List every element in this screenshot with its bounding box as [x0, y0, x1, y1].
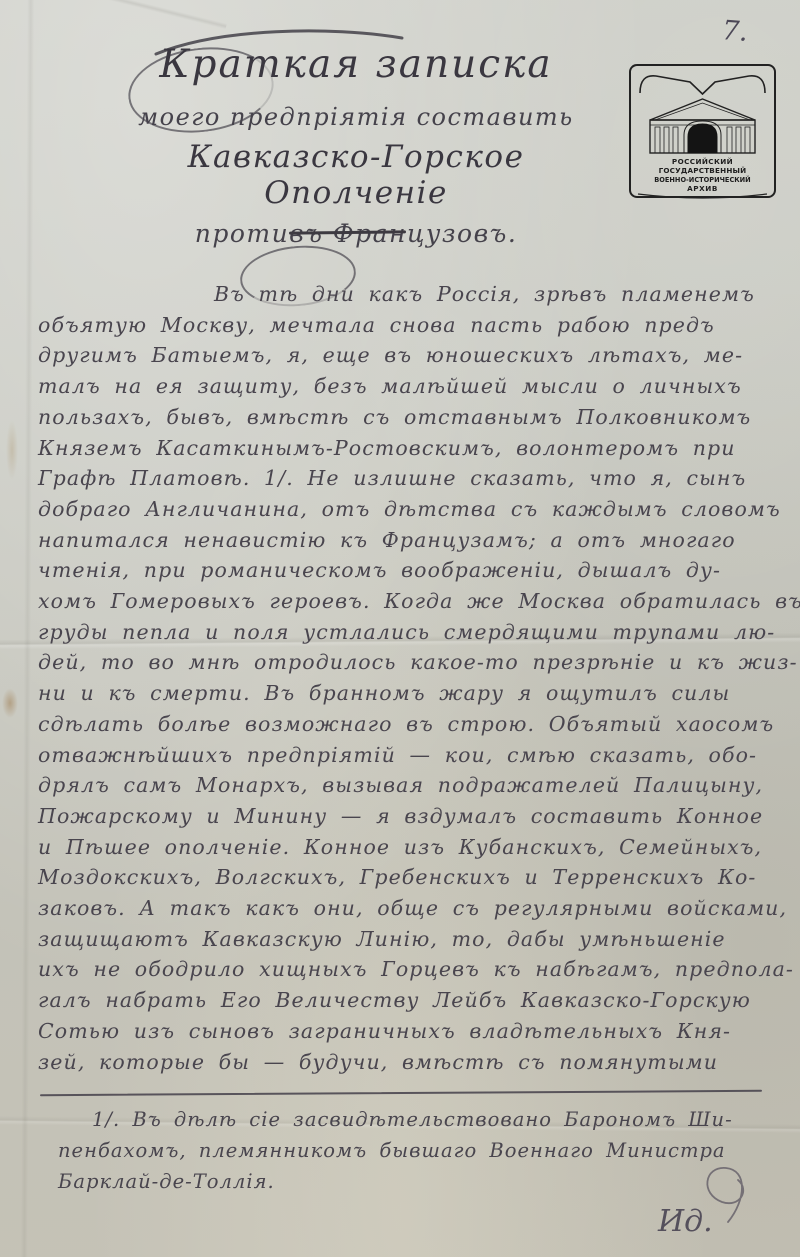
- handwritten-line: и Пѣшее ополченіе. Конное изъ Кубанскихъ…: [38, 832, 774, 863]
- stamp-text-line: АРХИВ: [687, 184, 718, 193]
- handwritten-line: другимъ Батыемъ, я, еще въ юношескихъ лѣ…: [38, 340, 774, 371]
- handwritten-line: ихъ не ободрило хищныхъ Горцевъ къ набѣг…: [38, 954, 774, 985]
- page-number: 7.: [721, 15, 749, 48]
- handwritten-line: чтенія, при романическомъ воображеніи, д…: [38, 555, 774, 586]
- footnote-line: 1/. Въ дѣлѣ сіе засвидѣтельствовано Баро…: [58, 1104, 748, 1135]
- handwritten-line: груды пепла и поля устлались смердящими …: [38, 617, 774, 648]
- manuscript-page: 7. Краткая записка моего предпріятія сос…: [0, 0, 800, 1257]
- handwritten-line: заковъ. А такъ какъ они, обще съ регуляр…: [38, 893, 774, 924]
- title-line-2: моего предпріятія составить: [96, 103, 616, 131]
- catchword-mark: Ид.: [642, 1160, 772, 1250]
- handwritten-line: Моздокскихъ, Волгскихъ, Гребенскихъ и Те…: [38, 862, 774, 893]
- handwritten-line: защищаютъ Кавказскую Линію, то, дабы умѣ…: [38, 924, 774, 955]
- handwritten-line: зей, которые бы — будучи, вмѣстѣ съ помя…: [38, 1047, 774, 1078]
- stamp-text-line: ГОСУДАРСТВЕННЫЙ: [659, 166, 747, 175]
- handwritten-line: галъ набрать Его Величеству Лейбъ Кавказ…: [38, 985, 774, 1016]
- title-line-1: Краткая записка: [96, 42, 616, 87]
- handwritten-line: отважнѣйшихъ предпріятій — кои, смѣю ска…: [38, 740, 774, 771]
- handwritten-line: Сотью изъ сыновъ заграничныхъ владѣтельн…: [38, 1016, 774, 1047]
- handwritten-line: ни и къ смерти. Въ бранномъ жару я ощути…: [38, 678, 774, 709]
- catchword-text: Ид.: [658, 1204, 713, 1239]
- handwritten-line: Княземъ Касаткинымъ-Ростовскимъ, волонте…: [38, 433, 774, 464]
- handwritten-line: добраго Англичанина, отъ дѣтства съ кажд…: [38, 494, 774, 525]
- handwritten-line: Пожарскому и Минину — я вздумалъ состави…: [38, 801, 774, 832]
- handwritten-line: талъ на ея защиту, безъ малѣйшей мысли о…: [38, 371, 774, 402]
- handwritten-line: напитался ненавистію къ Французамъ; а от…: [38, 525, 774, 556]
- footnote-divider: [40, 1090, 762, 1096]
- title-line-3: Кавказско-Горское Ополченіе: [96, 139, 616, 211]
- handwritten-line: пользахъ, бывъ, вмѣстѣ съ отставнымъ Пол…: [38, 402, 774, 433]
- stamp-text-line: РОССИЙСКИЙ: [672, 157, 733, 166]
- handwritten-line: сдѣлать болѣе возможнаго въ строю. Объят…: [38, 709, 774, 740]
- stamp-text-line: ВОЕННО-ИСТОРИЧЕСКИЙ: [654, 175, 750, 184]
- archive-stamp: РОССИЙСКИЙ ГОСУДАРСТВЕННЫЙ ВОЕННО-ИСТОРИ…: [628, 63, 777, 199]
- handwritten-line: хомъ Гомеровыхъ героевъ. Когда же Москва…: [38, 586, 774, 617]
- handwritten-line: дрялъ самъ Монархъ, вызывая подражателей…: [38, 770, 774, 801]
- handwritten-line: объятую Москву, мечтала снова пасть рабо…: [38, 310, 774, 341]
- paper-stain: [2, 688, 18, 718]
- document-title: Краткая записка моего предпріятія состав…: [96, 42, 616, 248]
- handwritten-line: дей, то во мнѣ отродилось какое-то презр…: [38, 647, 774, 678]
- handwritten-line: Графѣ Платовѣ. 1/. Не излишне сказать, ч…: [38, 463, 774, 494]
- handwritten-line: Въ тѣ дни какъ Россія, зрѣвъ пламенемъ: [38, 279, 774, 310]
- paper-crease: [21, 0, 35, 1257]
- body-text: Въ тѣ дни какъ Россія, зрѣвъ пламенемъоб…: [38, 279, 774, 1077]
- paper-stain: [6, 420, 18, 480]
- archive-stamp-icon: РОССИЙСКИЙ ГОСУДАРСТВЕННЫЙ ВОЕННО-ИСТОРИ…: [628, 63, 777, 199]
